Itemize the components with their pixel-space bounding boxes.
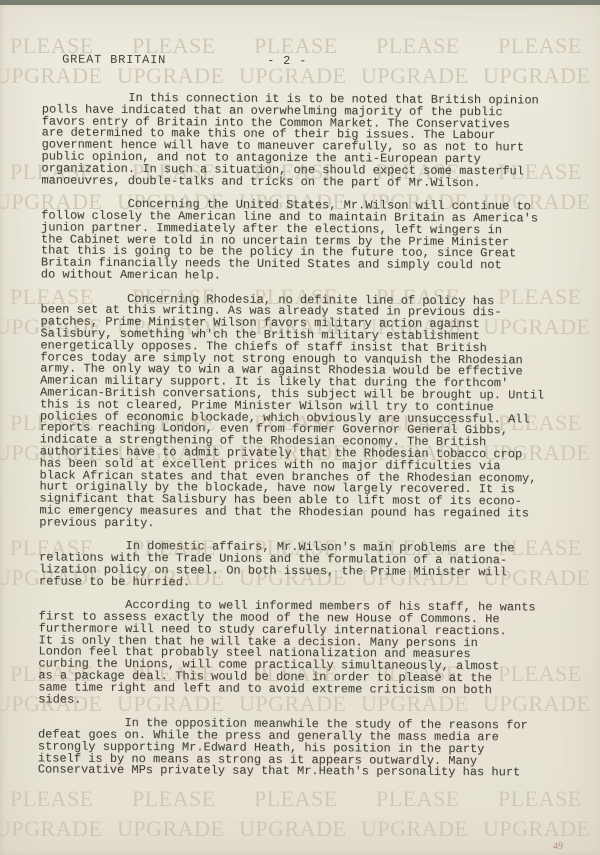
page-header-title: GREAT BRITAIN: [62, 53, 166, 68]
document-page: PLEASEPLEASEPLEASEPLEASEPLEASEPLEASEUPGR…: [0, 5, 600, 855]
paragraph-opposition: In the opposition meanwhile the study of…: [38, 718, 590, 780]
document-body: In this connection it is to be noted tha…: [38, 92, 594, 791]
page-content: GREAT BRITAIN - 2 - In this connection i…: [0, 5, 600, 855]
corner-annotation: 49: [552, 840, 563, 852]
paragraph-domestic-affairs: In domestic affairs, Mr.Wilson's main pr…: [39, 541, 591, 592]
paragraph-united-states: Concerning the United States, Mr.Wilson …: [41, 199, 593, 285]
scan-background: PLEASEPLEASEPLEASEPLEASEPLEASEPLEASEUPGR…: [0, 0, 600, 855]
page-number: - 2 -: [267, 54, 307, 68]
paragraph-rhodesia: Concerning Rhodesia, no definite line of…: [39, 293, 592, 532]
page-header: GREAT BRITAIN - 2 -: [2, 52, 600, 56]
paragraph-common-market: In this connection it is to be noted tha…: [41, 92, 594, 190]
paragraph-staff-assessment: According to well informed members of hi…: [38, 600, 591, 710]
